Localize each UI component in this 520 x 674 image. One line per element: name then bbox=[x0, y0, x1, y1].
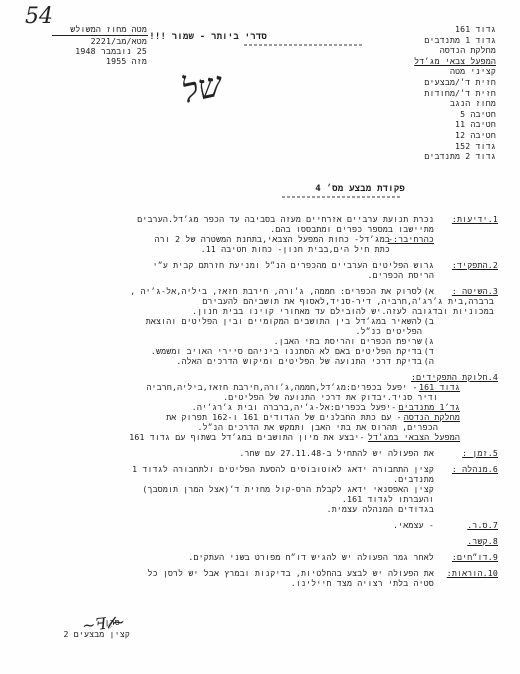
unit-line: - עם כתת החבלנים של הגדודים 161 ו-162 תפ… bbox=[166, 412, 402, 422]
unit-line: ודיר סניד.יבדוק את דרכי התנועה של הפליטי… bbox=[223, 392, 438, 402]
header-office: מטה מחוז המשולש bbox=[70, 24, 147, 34]
recipient-item: מחלקת הנדסה bbox=[440, 45, 496, 55]
section-line: גרוש הפליטים הערביים מהכפרים הנ״ל ומניעת… bbox=[153, 260, 434, 270]
section-line: לאחר גמר הפעולה יש להגיש דו״ח מפורט בשני… bbox=[188, 552, 434, 562]
signature-rank: סרן bbox=[105, 617, 120, 627]
recipient-item: חטיבה 5 bbox=[460, 109, 496, 119]
order-title-underline-decoration bbox=[282, 196, 402, 198]
recipient-item: חזית ד׳/מבצעים bbox=[424, 77, 496, 87]
sub-line: כתת חיל הים,בבית חנון- כחות חטיבה 11. bbox=[201, 244, 390, 254]
recipient-item: חטיבה 11 bbox=[455, 119, 496, 129]
unit-line: הכפרים, תהרוס את בתי האבן ותמקש את הדרכי… bbox=[198, 422, 439, 432]
list-marker: ה) bbox=[424, 356, 434, 366]
unit-name: המפעל הצבאי במג׳דל bbox=[368, 432, 460, 442]
list-marker: ג) bbox=[424, 336, 434, 346]
section-label: 1.ידיעות: bbox=[452, 214, 498, 224]
list-line: לסרוק את הכפרים: חממה, ג׳ורה, חירבת חזאז… bbox=[130, 286, 422, 296]
section-line: הריסת הכפרים. bbox=[367, 270, 434, 280]
section-line: מתנדבים. bbox=[393, 474, 434, 484]
section-label: 3.השיטה : bbox=[452, 286, 498, 296]
recipient-item: מחוז הנגב bbox=[450, 98, 496, 108]
handwritten-mark: של bbox=[178, 64, 225, 111]
list-line: הפליטים כנ״ל. bbox=[355, 326, 422, 336]
section-label: 7.ס.ר. bbox=[467, 520, 498, 530]
section-label: 10.הוראות: bbox=[447, 568, 498, 578]
recipient-item: גדוד 1 מתנדבים bbox=[424, 35, 496, 45]
recipient-item: גדוד 2 מתנדבים bbox=[424, 151, 496, 161]
list-line: להשאיר במג׳דל בין התושבים המקומיים ובין … bbox=[146, 316, 422, 326]
unit-name: מחלקת הנדסה bbox=[404, 412, 460, 422]
section-label: 5.זמן : bbox=[462, 448, 498, 458]
section-label: 9.דו״חים: bbox=[452, 552, 498, 562]
section-line: את הפעולה יש לבצע בהחלטיות, בדיקנות ובמר… bbox=[147, 568, 434, 578]
order-title: פקודת מבצע מס׳ 4 bbox=[315, 184, 405, 194]
section-label: 4.חלוקת התפקידים: bbox=[411, 372, 498, 382]
document-title: סדרי ביותר - שמור !!! bbox=[149, 32, 267, 42]
page-number: 54 bbox=[25, 4, 53, 29]
section-line: בגדודים המנהלה עצמית. bbox=[327, 504, 434, 514]
list-line: בדיקת דרכי התנועה של הפליטים ומיקוש הדרכ… bbox=[176, 356, 422, 366]
header-copy: מזה 1955 bbox=[106, 56, 147, 66]
list-line: ברברה,בית ג׳רג׳ה,חרביה, דיר-סניד,לאסוף א… bbox=[202, 296, 494, 306]
recipient-item: גדוד 161 bbox=[455, 24, 496, 34]
section-label: 2.התפקיד: bbox=[452, 260, 498, 270]
section-label: 8.קשר. bbox=[467, 536, 498, 546]
signature-title: קצין מבצעים 2 bbox=[63, 629, 130, 639]
list-marker: א) bbox=[424, 286, 434, 296]
list-line: במכוניות ובדגובה לעזה.יש להובילם עד מאחו… bbox=[192, 306, 494, 316]
list-marker: ד) bbox=[424, 346, 434, 356]
recipient-item: גדוד 152 bbox=[455, 141, 496, 151]
header-date: 25 נובמבר 1948 bbox=[75, 46, 147, 56]
title-underline-decoration bbox=[244, 44, 362, 46]
recipient-item: חטיבה 12 bbox=[455, 130, 496, 140]
section-line: מתיישבו במספר כפרים ומתבססו בהם. bbox=[270, 224, 434, 234]
sub-label: כהרחיבר:- bbox=[388, 234, 434, 244]
section-line: - עצמאי. bbox=[393, 520, 434, 530]
section-label: 6.מנהלה : bbox=[452, 464, 498, 474]
section-line: קצין התחבורה ידאג לאוטובוסים להסעת הפליט… bbox=[132, 464, 434, 474]
list-marker: ב) bbox=[424, 316, 434, 326]
header-ref: מטא/מב/2221 bbox=[91, 36, 147, 46]
recipient-item: המפעל צבאי מג׳דל bbox=[414, 56, 496, 66]
unit-line: -יפעל בכפרים:אל-ג׳יה,ברברה ובית ג׳רג׳יה. bbox=[192, 402, 397, 412]
sub-line: במג׳דל- כחות המפעל הצבאי,בתחנת המשטרה של… bbox=[155, 234, 390, 244]
list-line: שריפת הכפרים והריסת בתי האבן. bbox=[274, 336, 422, 346]
list-line: בדיקת הפליטים באם לא הסתננו ביניהם סיירי… bbox=[151, 346, 422, 356]
unit-name: גדוד 161 bbox=[419, 382, 460, 392]
section-line: והעברתו לגדוד 161. bbox=[342, 494, 434, 504]
section-line: קצין האפסנאי ידאג לקבלת הרס-קול מחזית ד׳… bbox=[142, 484, 434, 494]
section-line: נכרת תנועת ערביים אזרחיים מעזה בסביבה עד… bbox=[137, 214, 434, 224]
unit-name: גד׳1 מתנדבים bbox=[399, 402, 460, 412]
unit-line: - יפעל בכפרים:מג׳דל,חממה,ג׳ורה,חירבת חזא… bbox=[146, 382, 417, 392]
recipient-item: קציני מטה bbox=[450, 66, 496, 76]
section-line: סטיה בלתי רצויה מצד חיילינו. bbox=[291, 578, 434, 588]
recipient-item: חזית ד׳/מחודות bbox=[424, 88, 496, 98]
document-page: 54 מטה מחוז המשולש מטא/מב/2221 25 נובמבר… bbox=[0, 0, 520, 674]
unit-line: -יבצע את מיון התושבים במג׳דל בשתוף עם גד… bbox=[129, 432, 364, 442]
section-line: את הפעולה יש להתחיל ב-27.11.48 עם שחר. bbox=[239, 448, 434, 458]
